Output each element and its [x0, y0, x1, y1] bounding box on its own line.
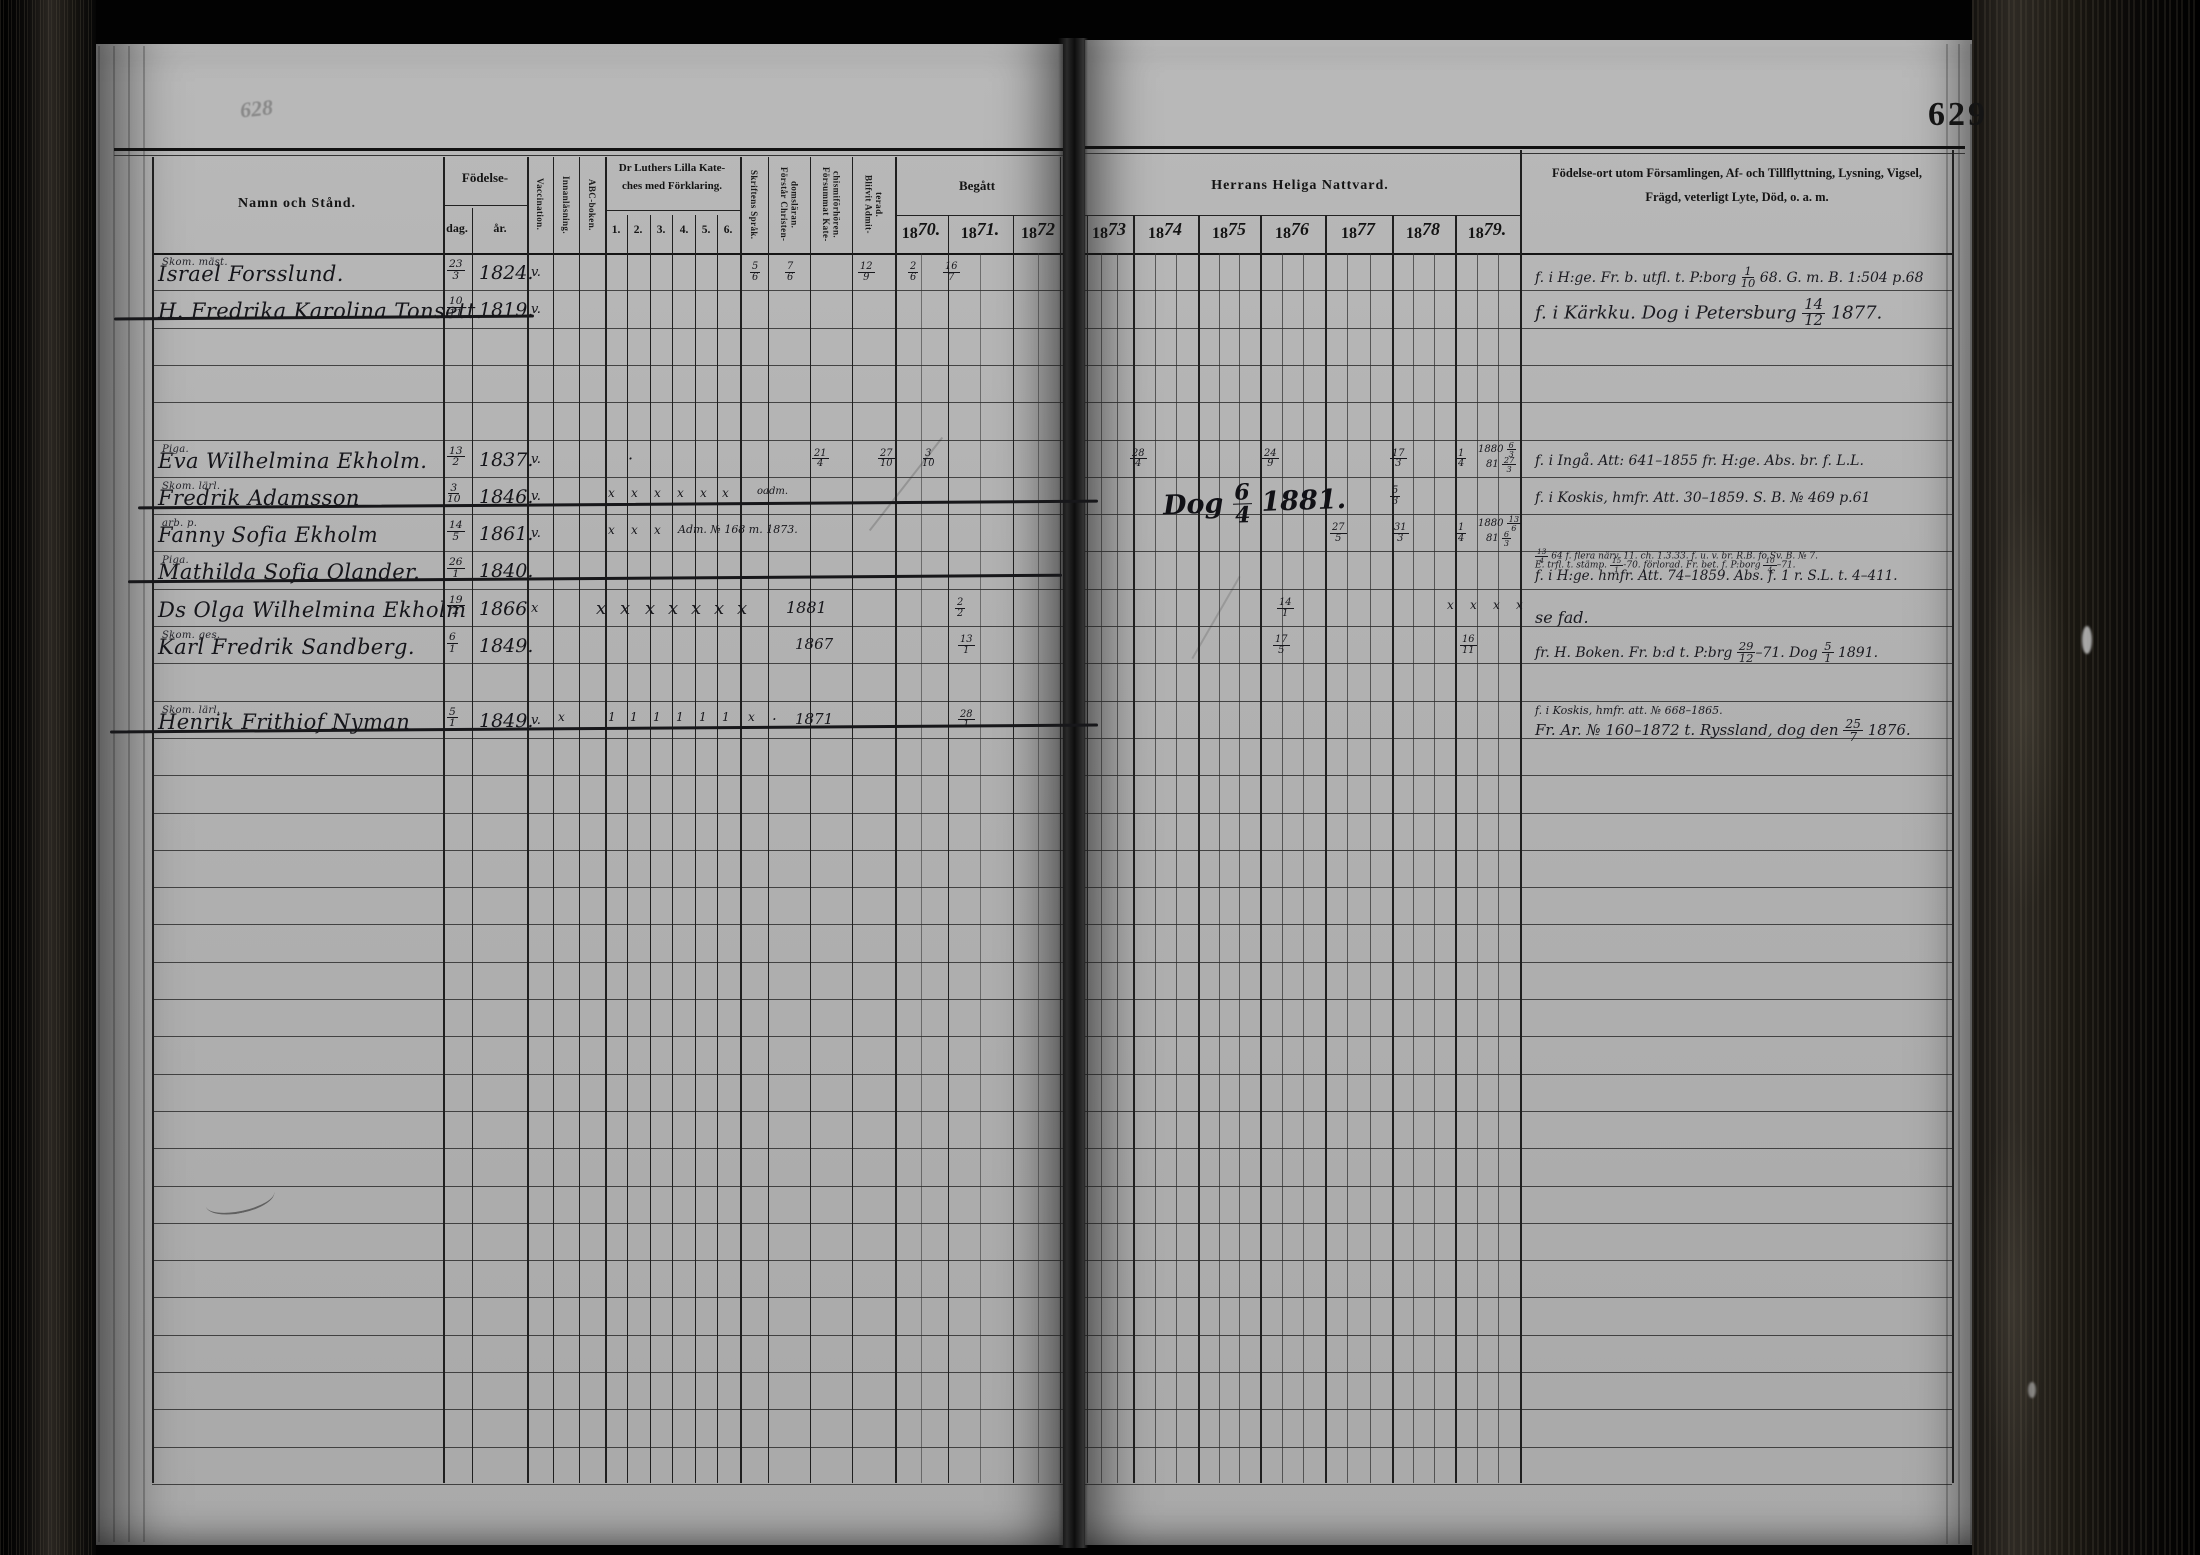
entry-mark: 1 [722, 710, 730, 724]
entry-mark: 141 [1277, 598, 1294, 619]
katekes-col-number: 5. [702, 224, 711, 236]
year-header: 1878 [1406, 222, 1440, 243]
entry-mark: 2710 [878, 449, 895, 470]
row-line [1085, 146, 1965, 149]
row-line [1085, 1335, 1952, 1336]
year-header: 1874 [1148, 222, 1182, 243]
entry-name: Israel Forsslund. [158, 262, 344, 286]
entry-mark: 81 273 [1486, 456, 1516, 473]
row-line [152, 663, 1063, 664]
row-line [1085, 850, 1952, 851]
column-line [768, 157, 769, 1483]
entry-mark: 173 [1390, 449, 1407, 470]
row-line [152, 1036, 1063, 1037]
column-line [1155, 253, 1156, 1483]
row-line [152, 1111, 1063, 1112]
year-header: 1875 [1212, 222, 1246, 243]
row-line [152, 1409, 1063, 1410]
row-line [152, 924, 1063, 925]
entry-mark: x [608, 523, 615, 537]
column-line [1260, 215, 1262, 1483]
entry-mark: 1 [608, 710, 616, 724]
row-line [152, 1297, 1063, 1298]
entry-note: f. i Koskis, hmfr. Att. 30–1859. S. B. №… [1535, 490, 1870, 506]
column-line [1434, 253, 1435, 1483]
entry-mark: x [645, 598, 655, 619]
date-fraction: 167 [943, 262, 960, 283]
row-line [152, 1484, 1063, 1485]
row-line [1085, 365, 1952, 366]
row-line [152, 551, 1063, 552]
entry-mark: Adm. № 168 m. 1873. [678, 523, 798, 536]
col-header-vaccination: Vaccination. [527, 156, 553, 253]
date-fraction: 26 [908, 262, 918, 283]
row-line [895, 215, 1063, 216]
column-line [1133, 215, 1135, 1483]
entry-mark: x [714, 598, 724, 619]
column-line [948, 215, 949, 1483]
entry-mark: 14 [1456, 523, 1466, 544]
date-fraction: 173 [1390, 449, 1407, 470]
row-line [152, 999, 1063, 1000]
row-line [152, 328, 1063, 329]
date-fraction: 63 [1502, 530, 1511, 547]
date-fraction: 257 [1843, 718, 1863, 744]
column-line [650, 215, 651, 1483]
row-line [152, 962, 1063, 963]
entry-mark: 214 [812, 449, 829, 470]
row-line [114, 155, 1063, 156]
column-line [1325, 215, 1327, 1483]
date-fraction: 14 [1456, 523, 1466, 544]
entry-mark: oadm. [757, 486, 788, 497]
column-line [695, 215, 696, 1483]
col-header-katekes-1: Dr Luthers Lilla Kate- [619, 162, 725, 174]
row-line [1085, 1297, 1952, 1298]
row-line [1085, 1372, 1952, 1373]
date-fraction: 76 [785, 262, 795, 283]
column-line [152, 157, 154, 1483]
entry-birth-day: 132 [447, 446, 465, 468]
date-fraction: 22 [955, 598, 965, 619]
entry-mark: 76 [785, 262, 795, 283]
row-line [1085, 1148, 1952, 1149]
column-line [1117, 253, 1118, 1483]
katekes-col-number: 1. [612, 224, 621, 236]
date-fraction: 61 [447, 632, 458, 654]
column-line [1455, 215, 1457, 1483]
row-line [1085, 924, 1952, 925]
date-fraction: 284 [1130, 449, 1147, 470]
entry-mark: x [1493, 598, 1500, 612]
row-line [1085, 1409, 1952, 1410]
entry-mark: x [1470, 598, 1477, 612]
column-line [717, 215, 718, 1483]
date-fraction: 56 [750, 262, 760, 283]
col-header-begatt: Begått [959, 178, 995, 194]
date-fraction: 1412 [1802, 298, 1825, 329]
film-edge-left [0, 0, 96, 1555]
col-header-birth-year: år. [493, 221, 506, 236]
vaccination-mark: v. [531, 452, 541, 467]
entry-birth-day: 192 [447, 595, 465, 617]
date-fraction: 249 [1262, 449, 1279, 470]
entry-mark: x [668, 598, 678, 619]
col-header-blifvit-admitterad: Blifvit Admit- terad. [852, 156, 895, 253]
entry-note: f. i Kärkku. Dog i Petersburg 1412 1877. [1535, 298, 1882, 329]
col-header-nattvard: Herrans Heliga Nattvard. [1211, 178, 1389, 194]
entry-mark: 53 [1390, 486, 1400, 507]
vaccination-mark: v. [531, 489, 541, 504]
row-line [152, 1223, 1063, 1224]
date-fraction: 53 [1390, 486, 1400, 507]
row-line [152, 1186, 1063, 1187]
column-line [527, 157, 529, 1483]
entry-name: Ds Olga Wilhelmina Ekholm [158, 598, 466, 622]
entry-mark: x [654, 486, 661, 500]
date-fraction: 310 [922, 449, 935, 470]
entry-mark: x [737, 598, 747, 619]
column-line [1176, 253, 1177, 1483]
date-fraction: 14 [1456, 449, 1466, 470]
row-line [1085, 440, 1952, 441]
row-line [152, 477, 1063, 478]
row-line [152, 1372, 1063, 1373]
column-line [740, 157, 742, 1483]
date-fraction: 2912 [1737, 641, 1756, 665]
col-header-skriftens-sprak: Skriftens Språk. [740, 156, 768, 253]
entry-mark: 1 [676, 710, 684, 724]
column-line [1087, 215, 1088, 1483]
column-line [579, 157, 580, 1483]
entry-mark: x [700, 486, 707, 500]
entry-mark: 1 [699, 710, 707, 724]
entry-mark: 167 [943, 262, 960, 283]
entry-mark: x [1447, 598, 1454, 612]
row-line [152, 1148, 1063, 1149]
entry-birth-year: 1819. [479, 299, 533, 321]
col-header-innanlasning: Innanläsning. [553, 156, 579, 253]
faint-pencil-number: 628 [239, 94, 275, 123]
row-line [152, 1074, 1063, 1075]
entry-birth-year: 1837. [479, 449, 533, 471]
column-line [980, 253, 981, 1483]
year-header: 1872 [1021, 222, 1055, 243]
scan-speck [2028, 1382, 2036, 1398]
year-header: 1877 [1341, 222, 1375, 243]
entry-note: fr. H. Boken. Fr. b:d t. P:brg 2912–71. … [1535, 641, 1878, 665]
vaccination-mark: v. [531, 526, 541, 541]
col-header-notes-2: Frägd, veterligt Lyte, Död, o. a. m. [1645, 190, 1828, 205]
date-fraction: 313 [1392, 523, 1409, 544]
column-line [1347, 253, 1348, 1483]
row-line [114, 148, 1063, 151]
entry-mark: 1867 [795, 635, 833, 653]
date-fraction: 145 [447, 520, 465, 542]
entry-birth-day: 233 [447, 259, 465, 281]
col-header-katekes-2: ches med Förklaring. [622, 180, 722, 192]
date-fraction: 175 [1273, 635, 1290, 656]
row-line [1085, 290, 1952, 291]
entry-birth-day: 61 [447, 632, 458, 654]
entry-mark: x [631, 486, 638, 500]
column-line [1498, 253, 1499, 1483]
scan-speck [2082, 626, 2092, 654]
row-line [152, 290, 1063, 291]
vaccination-mark: v. [531, 265, 541, 280]
col-header-forstar: Förstår Christen- domsläran. [768, 156, 810, 253]
row-line [152, 887, 1063, 888]
column-line [895, 157, 897, 1483]
date-fraction: 1611 [1460, 635, 1477, 656]
column-line [1239, 253, 1240, 1483]
entry-mark: 26 [908, 262, 918, 283]
row-line [152, 775, 1063, 776]
date-fraction: 110 [1741, 266, 1756, 290]
row-line [1085, 775, 1952, 776]
page-stack-edge-right [1946, 44, 1972, 1544]
row-line [1085, 402, 1952, 403]
date-fraction: 51 [447, 707, 458, 729]
row-line [152, 626, 1063, 627]
entry-mark: x [596, 598, 606, 619]
row-line [1085, 887, 1952, 888]
row-line [605, 210, 740, 211]
entry-birth-day: 310 [447, 483, 461, 505]
entry-mark: 284 [1130, 449, 1147, 470]
column-line [472, 208, 473, 1483]
entry-note: f. i Koskis, hmfr. att. № 668–1865. [1535, 704, 1723, 717]
row-line [152, 1447, 1063, 1448]
entry-note: se fad. [1535, 608, 1589, 627]
column-line [1392, 215, 1394, 1483]
date-fraction: 64 [1232, 481, 1253, 527]
row-line [152, 402, 1063, 403]
row-line [1085, 153, 1965, 154]
row-line [152, 253, 1063, 255]
entry-mark: 1881 [786, 598, 827, 617]
entry-name: Eva Wilhelmina Ekholm. [158, 449, 427, 473]
year-header: 1879. [1468, 222, 1506, 243]
date-fraction: 141 [1277, 598, 1294, 619]
row-line [152, 514, 1063, 515]
katekes-col-number: 2. [634, 224, 643, 236]
row-line [1085, 589, 1952, 590]
row-line [1085, 1074, 1952, 1075]
entry-name: H. Fredrika Karolina Tonsett. [158, 299, 483, 323]
book-gutter [1058, 38, 1088, 1548]
entry-mark: x [677, 486, 684, 500]
year-header: 1876 [1275, 222, 1309, 243]
row-line [1085, 477, 1952, 478]
entry-birth-year: 1824. [479, 262, 533, 284]
row-line [1085, 1260, 1952, 1261]
date-fraction: 129 [858, 262, 875, 283]
year-header: 1871. [961, 222, 999, 243]
column-line [921, 253, 922, 1483]
entry-name: Karl Fredrik Sandberg. [158, 635, 415, 659]
date-fraction: 2710 [878, 449, 895, 470]
entry-mark: 310 [922, 449, 935, 470]
column-line [443, 157, 445, 1483]
entry-mark: x [748, 710, 755, 724]
entry-mark: 81 63 [1486, 530, 1511, 547]
column-line [810, 157, 811, 1483]
entry-mark: x [631, 523, 638, 537]
entry-mark: 1 [653, 710, 661, 724]
row-line [1085, 626, 1952, 627]
date-fraction: 281 [958, 710, 975, 731]
row-line [152, 1335, 1063, 1336]
row-line [152, 365, 1063, 366]
entry-mark: 131 [958, 635, 975, 656]
row-line [152, 738, 1063, 739]
entry-mark: 281 [958, 710, 975, 731]
row-line [1085, 551, 1952, 552]
entry-mark: x [691, 598, 701, 619]
row-line [443, 205, 527, 206]
date-fraction: 273 [1502, 456, 1516, 473]
column-line [1477, 253, 1478, 1483]
row-line [152, 589, 1063, 590]
col-header-birth-day: dag. [446, 221, 468, 236]
column-line [852, 157, 853, 1483]
katekes-col-number: 6. [724, 224, 733, 236]
entry-mark: 14 [1456, 449, 1466, 470]
death-note: Dog 64 1881. [1162, 478, 1347, 530]
vaccination-mark: v. [531, 713, 541, 728]
row-line [1085, 253, 1952, 255]
entry-mark: x [558, 710, 565, 724]
row-line [1085, 1111, 1952, 1112]
entry-mark: x [1516, 598, 1523, 612]
entry-mark: 1611 [1460, 635, 1477, 656]
column-line [1101, 253, 1102, 1483]
vaccination-mark: x [531, 601, 538, 616]
entry-mark: 56 [750, 262, 760, 283]
date-fraction: 261 [447, 557, 465, 579]
year-header: 1870. [902, 222, 940, 243]
entry-birth-day: 145 [447, 520, 465, 542]
row-line [1085, 1223, 1952, 1224]
entry-birth-day: 261 [447, 557, 465, 579]
column-line [1060, 157, 1061, 1483]
row-line [152, 1260, 1063, 1261]
column-line [672, 215, 673, 1483]
row-line [1085, 1186, 1952, 1187]
page-number: 629 [1928, 96, 1988, 134]
row-line [1085, 999, 1952, 1000]
date-fraction: 275 [1330, 523, 1347, 544]
entry-mark: 22 [955, 598, 965, 619]
scanned-ledger-spread: 629 628 Namn och Stånd. Födelse- dag. år… [0, 0, 2200, 1555]
date-fraction: 192 [447, 595, 465, 617]
entry-name: Fanny Sofia Ekholm [158, 523, 378, 547]
entry-birth-year: 1866 [479, 598, 527, 620]
entry-birth-year: 1861. [479, 523, 533, 545]
row-line [1085, 1484, 1952, 1485]
entry-mark: 129 [858, 262, 875, 283]
date-fraction: 233 [447, 259, 465, 281]
entry-note: Fr. Ar. № 160–1872 t. Ryssland, dog den … [1535, 718, 1911, 744]
katekes-col-number: 3. [657, 224, 666, 236]
row-line [1085, 1036, 1952, 1037]
column-line [627, 215, 628, 1483]
column-line [1370, 253, 1371, 1483]
column-line [1219, 253, 1220, 1483]
col-header-forsummat: Försummat Kate- chismiförhören. [810, 156, 852, 253]
row-line [152, 701, 1063, 702]
entry-mark: x [654, 523, 661, 537]
entry-birth-day: 51 [447, 707, 458, 729]
row-line [1085, 701, 1952, 702]
column-line [1952, 150, 1954, 1483]
row-line [1085, 1447, 1952, 1448]
date-fraction: 51 [1822, 641, 1833, 665]
column-line [1303, 253, 1304, 1483]
entry-mark: 1 [630, 710, 638, 724]
entry-note: f. i H:ge. Fr. b. utfl. t. P:borg 110 68… [1535, 266, 1924, 290]
column-line [1038, 253, 1039, 1483]
column-line [1198, 215, 1200, 1483]
entry-mark: 275 [1330, 523, 1347, 544]
column-line [1282, 253, 1283, 1483]
column-line [605, 157, 607, 1483]
year-header: 1873 [1092, 222, 1126, 243]
row-line [152, 440, 1063, 441]
entry-mark: x [608, 486, 615, 500]
column-line [1520, 150, 1522, 1483]
date-fraction: 132 [447, 446, 465, 468]
row-line [1085, 962, 1952, 963]
entry-mark: 313 [1392, 523, 1409, 544]
page-stack-edge-left [98, 46, 154, 1542]
column-line [553, 157, 554, 1483]
entry-mark: x [722, 486, 729, 500]
col-header-name: Namn och Stånd. [238, 196, 356, 212]
entry-birth-year: 1849. [479, 635, 533, 657]
col-header-birth: Födelse- [462, 170, 508, 186]
date-fraction: 214 [812, 449, 829, 470]
entry-mark: 249 [1262, 449, 1279, 470]
entry-mark: x [620, 598, 630, 619]
film-edge-right [1972, 0, 2200, 1555]
row-line [1085, 813, 1952, 814]
column-line [1013, 215, 1014, 1483]
date-fraction: 131 [958, 635, 975, 656]
col-header-abc-boken: ABC-boken. [579, 156, 605, 253]
entry-mark: 175 [1273, 635, 1290, 656]
row-line [152, 813, 1063, 814]
column-line [1413, 253, 1414, 1483]
entry-note: f. i H:ge. hmfr. Att. 74–1859. Abs. f. 1… [1535, 568, 1898, 584]
katekes-col-number: 4. [680, 224, 689, 236]
date-fraction: 310 [447, 483, 461, 505]
entry-mark: · [628, 449, 633, 468]
row-line [152, 850, 1063, 851]
entry-note: f. i Ingå. Att: 641–1855 fr. H:ge. Abs. … [1535, 453, 1864, 469]
col-header-notes-1: Födelse-ort utom Församlingen, Af- och T… [1552, 166, 1922, 181]
